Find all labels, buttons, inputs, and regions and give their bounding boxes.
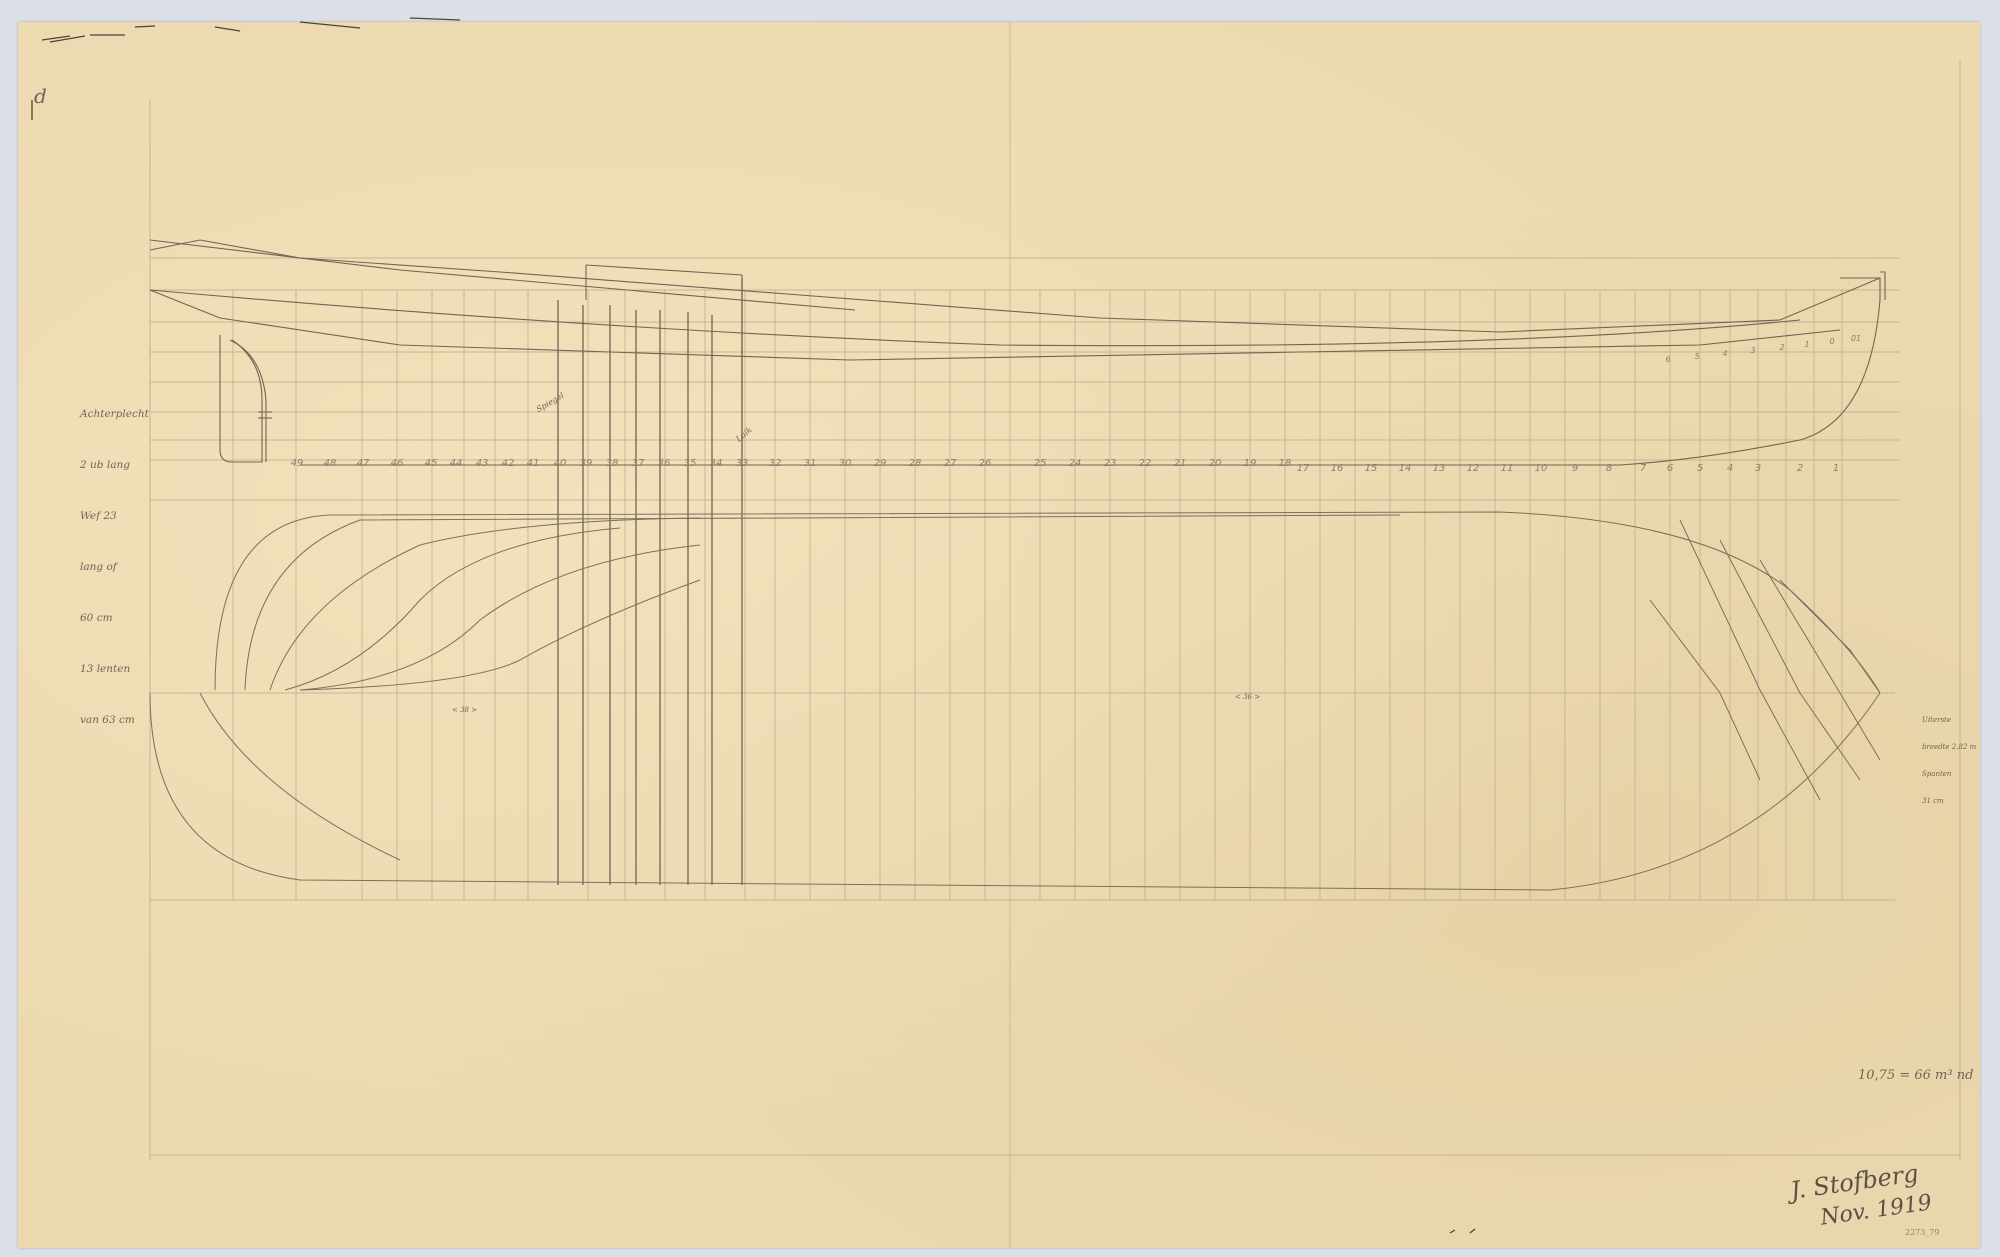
station-label: 32 (769, 458, 782, 469)
station-label: 8 (1606, 463, 1612, 474)
note-line: lang of (80, 559, 149, 576)
note-line: 60 cm (80, 610, 149, 627)
station-label: 21 (1174, 458, 1187, 469)
station-label: 45 (425, 458, 438, 469)
profile-view (150, 240, 1885, 465)
half-breadth-mark: < 36 > (1235, 693, 1260, 701)
station-label: 30 (839, 458, 852, 469)
station-label: 49 (291, 458, 304, 469)
station-label: 6 (1667, 463, 1673, 474)
note-line: breedte 2,82 m (1922, 743, 1976, 752)
station-label: 42 (502, 458, 515, 469)
station-label: 9 (1572, 463, 1578, 474)
note-line: Uiterste (1922, 716, 1976, 725)
station-label: 39 (580, 458, 593, 469)
station-label: 20 (1209, 458, 1222, 469)
station-label: 48 (324, 458, 337, 469)
catalogue-number: 2273_79 (1905, 1228, 1940, 1237)
station-label: 23 (1104, 458, 1117, 469)
station-label: 5 (1697, 463, 1703, 474)
station-label: 33 (736, 458, 749, 469)
station-label: 46 (391, 458, 404, 469)
station-label: 12 (1467, 463, 1480, 474)
station-label: 1 (1833, 463, 1839, 474)
station-label: 40 (554, 458, 567, 469)
waterline-mark: 0 (1829, 337, 1834, 346)
station-label: 35 (684, 458, 697, 469)
station-label: 29 (874, 458, 887, 469)
hull-lines-drawing (0, 0, 2000, 1257)
station-label: 19 (1244, 458, 1257, 469)
note-line: van 63 cm (80, 712, 149, 729)
note-line: 13 lenten (80, 661, 149, 678)
waterline-mark: 6 (1665, 355, 1670, 364)
station-label: 10 (1535, 463, 1548, 474)
station-lines (233, 290, 1842, 900)
station-label: 22 (1139, 458, 1152, 469)
grid-lines (150, 60, 1960, 1160)
station-label: 47 (357, 458, 370, 469)
station-label: 37 (632, 458, 645, 469)
station-label: 36 (658, 458, 671, 469)
left-margin-note: Achterplecht 2 ub lang Wef 23 lang of 60… (80, 372, 149, 746)
station-label: 26 (979, 458, 992, 469)
note-line: Spanten (1922, 770, 1976, 779)
station-label: 2 (1797, 463, 1803, 474)
waterline-mark: 4 (1722, 349, 1727, 358)
station-label: 16 (1331, 463, 1344, 474)
formula-note: 10,75 = 66 m³ nd (1858, 1068, 1973, 1083)
note-line: 31 cm (1922, 797, 1976, 806)
half-breadth-view (150, 512, 1880, 890)
waterline-mark: 2 (1779, 343, 1784, 352)
note-line: Wef 23 (80, 508, 149, 525)
station-label: 17 (1297, 463, 1310, 474)
station-label: 28 (909, 458, 922, 469)
corner-mark: d (34, 84, 47, 108)
station-label: 11 (1501, 463, 1514, 474)
station-label: 4 (1727, 463, 1733, 474)
note-line: Achterplecht (80, 406, 149, 423)
right-margin-note: Uiterste breedte 2,82 m Spanten 31 cm (1922, 698, 1976, 815)
station-label: 15 (1365, 463, 1378, 474)
waterline-mark: 1 (1804, 340, 1809, 349)
station-label: 44 (450, 458, 463, 469)
station-label: 41 (527, 458, 540, 469)
station-label: 7 (1640, 463, 1646, 474)
hold-section-lines (558, 278, 742, 885)
waterline-mark: 3 (1750, 346, 1755, 355)
station-label: 25 (1034, 458, 1047, 469)
station-label: 3 (1755, 463, 1761, 474)
station-label: 31 (804, 458, 817, 469)
waterline-mark: 5 (1694, 352, 1699, 361)
half-breadth-mark: < 38 > (452, 706, 477, 714)
station-label: 38 (606, 458, 619, 469)
station-label: 13 (1433, 463, 1446, 474)
station-label: 43 (476, 458, 489, 469)
station-label: 34 (710, 458, 723, 469)
station-label: 18 (1279, 458, 1292, 469)
station-label: 27 (944, 458, 957, 469)
edge-sketch-marks (32, 18, 1475, 1233)
station-label: 24 (1069, 458, 1082, 469)
note-line: 2 ub lang (80, 457, 149, 474)
station-label: 14 (1399, 463, 1412, 474)
waterline-mark: 01 (1851, 334, 1861, 343)
